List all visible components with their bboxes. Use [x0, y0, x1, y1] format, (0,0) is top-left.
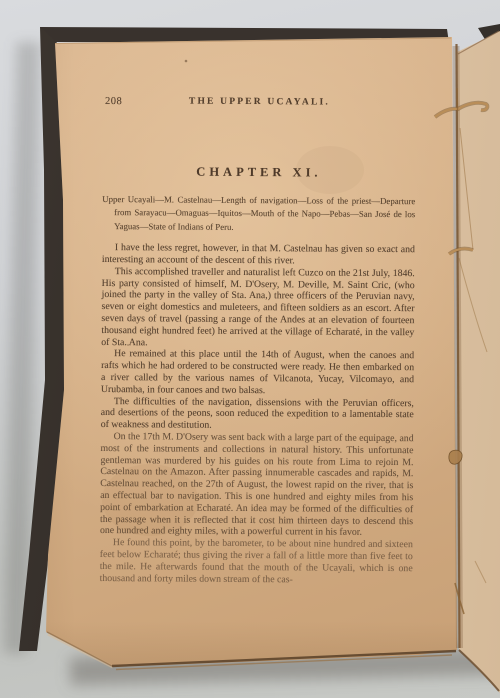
body-paragraph: He remained at this place until the 14th… [101, 348, 414, 397]
page-text-block: 208 THE UPPER UCAYALI. CHAPTER XI. Upper… [100, 96, 416, 587]
book-photo: 208 THE UPPER UCAYALI. CHAPTER XI. Upper… [0, 0, 500, 698]
body-paragraph: On the 17th M. D'Osery was sent back wit… [100, 431, 414, 539]
body-paragraph: This accomplished traveller and naturali… [101, 266, 415, 351]
body-paragraph: He found this point, by the barometer, t… [100, 537, 413, 586]
body-paragraph: The difficulties of the navigation, diss… [101, 396, 414, 434]
chapter-heading: CHAPTER XI. [102, 164, 415, 181]
body-paragraph: I have the less regret, however, in that… [102, 242, 415, 268]
chapter-summary: Upper Ucayali—M. Castelnau—Length of nav… [102, 193, 415, 235]
page-number: 208 [105, 96, 122, 107]
running-head-title: THE UPPER UCAYALI. [103, 96, 416, 108]
running-head-row: 208 THE UPPER UCAYALI. [103, 96, 416, 111]
